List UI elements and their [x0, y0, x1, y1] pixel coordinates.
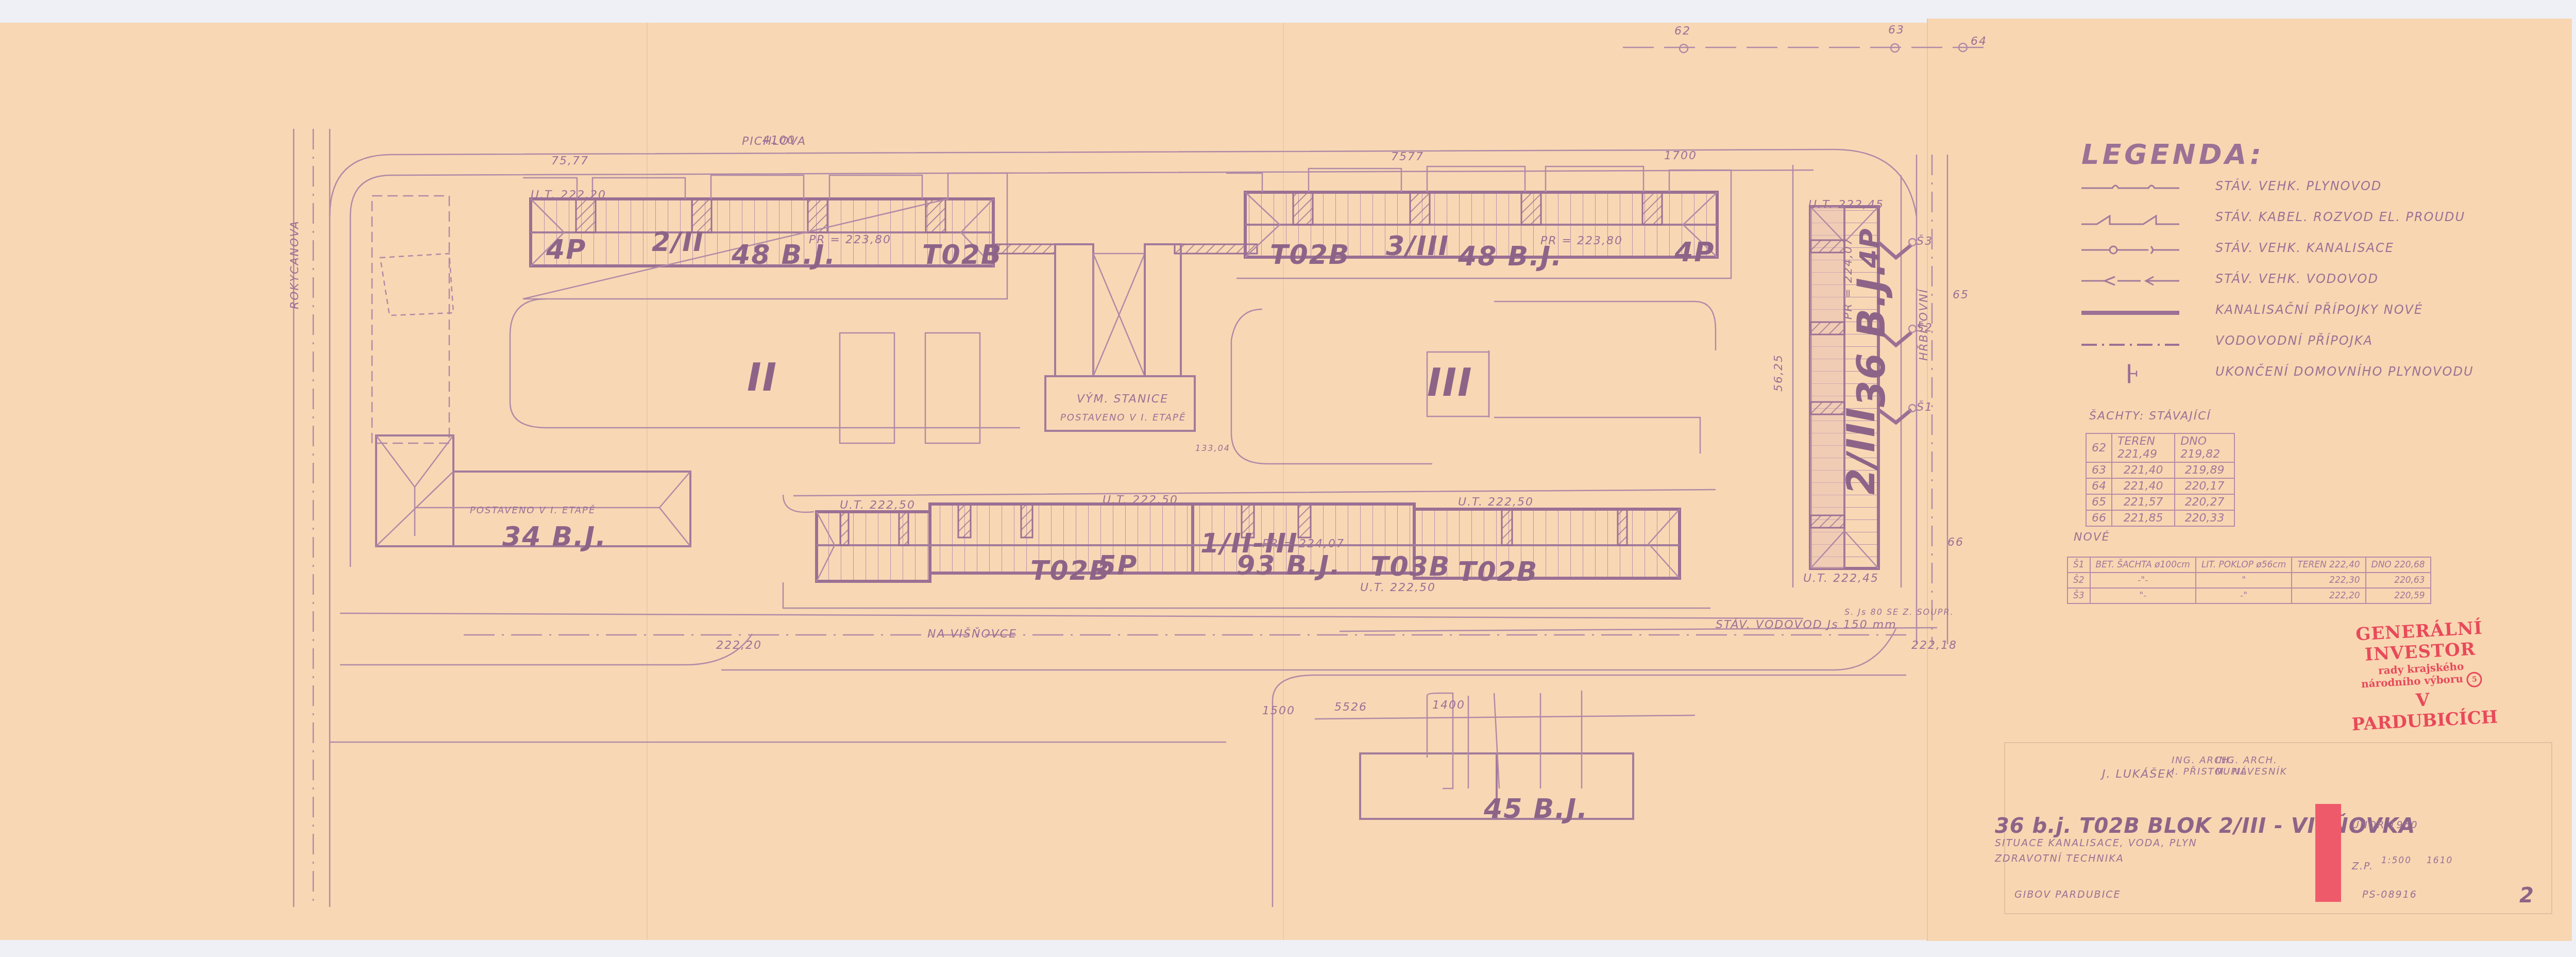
dimension-label: 133,04: [1195, 443, 1230, 453]
legend-item-gas-line: STÁV. VEHK. PLYNOVOD: [2081, 178, 2452, 198]
shafts-new-title: NOVÉ: [2074, 531, 2110, 544]
gas-line-icon: [2081, 178, 2179, 198]
manhole-label-64: 64: [1971, 35, 1987, 48]
floors-label: 4P: [1855, 228, 1886, 268]
zone-label-III: III: [1427, 361, 1473, 405]
block-label: 3/III: [1386, 231, 1449, 262]
units-label: 36 B.J.: [1850, 261, 1894, 407]
investor-stamp: GENERÁLNÍ INVESTOR rady krajského národn…: [2347, 617, 2497, 735]
dimension-label: 56,25: [1772, 354, 1785, 392]
shafts-new-table: Š1BET. ŠACHTA ø100cmLIT. POKLOP ø56cmTER…: [2067, 557, 2431, 604]
exchange-station-label: VÝM. STANICE: [1077, 393, 1168, 406]
legend-item-water-line: STÁV. VEHK. VODOVOD: [2081, 271, 2452, 291]
project-code: PS-08916: [2362, 889, 2417, 900]
elevation-label: PR = 223,80: [809, 233, 891, 246]
water-connection-icon: [2081, 332, 2179, 353]
drawing-subtitle: SITUACE KANALISACE, VODA, PLYN: [1995, 837, 2197, 849]
level-label: U.T. 222,45: [1808, 198, 1884, 211]
legend-item-electric-cable: STÁV. KABEL. ROZVOD EL. PROUDU: [2081, 209, 2452, 229]
drawing-scale: 1:500: [2381, 855, 2412, 866]
dimension-label: 1500: [1262, 704, 1295, 717]
legend-item-new-sewer: KANALISAČNÍ PŘÍPOJKY NOVÉ: [2081, 301, 2452, 322]
table-row: 66221,85220,33: [2086, 510, 2234, 526]
table-row: Š2-"-"222,30220,63: [2067, 573, 2431, 588]
legend-item-gas-end: UKONČENÍ DOMOVNÍHO PLYNOVODU: [2081, 363, 2452, 384]
sewer-shaft-label: Š3: [1917, 235, 1933, 248]
legend-item-sewer-line: STÁV. VEHK. KANALISACE: [2081, 240, 2452, 260]
level-label: U.T. 222,45: [1803, 572, 1879, 585]
table-row: Š1BET. ŠACHTA ø100cmLIT. POKLOP ø56cmTER…: [2067, 557, 2431, 573]
level-label: U.T. 222,20: [531, 189, 606, 202]
sewer-line-icon: [2081, 240, 2179, 260]
stamp-circle-icon: 5: [2466, 671, 2483, 688]
water-fitting-label: S. Js 80 SE Z. SOUPR.: [1844, 607, 1954, 617]
sheet-index: 2: [2519, 884, 2535, 908]
units-label: 45 B.J.: [1484, 794, 1588, 825]
type-label: T02B: [1458, 557, 1538, 587]
table-row: 62TEREN 221,49DNO 219,82: [2086, 433, 2234, 462]
manhole-label-65: 65: [1953, 289, 1969, 301]
shafts-existing-table: 62TEREN 221,49DNO 219,82 63221,40219,89 …: [2086, 433, 2235, 527]
level-label: 222,20: [716, 639, 762, 652]
drawing-discipline: ZDRAVOTNÍ TECHNIKA: [1995, 853, 2124, 864]
dimension-label: 4100: [762, 134, 795, 147]
type-label: T02B: [922, 240, 1002, 271]
floors-label: 4P: [546, 234, 586, 265]
water-main-label: STÁV. VODOVOD Js 150 mm: [1716, 618, 1897, 631]
new-sewer-icon: [2081, 301, 2179, 322]
elevation-label: PR = 223,80: [1540, 234, 1623, 247]
type-label: T03B: [1370, 551, 1450, 582]
person-name: M. NÁVESNÍK: [2215, 766, 2287, 777]
drawing-stage: Z.P.: [2352, 861, 2374, 872]
company-name: GIBOV PARDUBICE: [2014, 889, 2121, 900]
dimension-label: 75,77: [551, 155, 589, 167]
zone-label-II: II: [747, 356, 777, 400]
person-role: ING. ARCH.: [2215, 755, 2278, 766]
floors-label: 5P: [1097, 550, 1138, 581]
level-label: U.T. 222,50: [840, 499, 916, 512]
sheet-number-big: 1: [2315, 804, 2341, 902]
electric-cable-icon: [2081, 209, 2179, 229]
existing-building-note: POSTAVENO V I. ETAPĚ: [470, 505, 596, 516]
existing-sewer-line-top: [1623, 43, 1984, 53]
street-name-bottom: NA VIŠŇOVCE: [927, 628, 1017, 641]
dimension-label: 1700: [1664, 149, 1697, 162]
dimension-label: 5526: [1334, 701, 1367, 714]
legend-item-water-connection: VODOVODNÍ PŘÍPOJKA: [2081, 332, 2452, 353]
units-label: 93 B.J.: [1236, 550, 1341, 581]
gas-end-icon: [2081, 363, 2179, 384]
level-label: U.T. 222,50: [1360, 581, 1436, 594]
shafts-existing-title: ŠACHTY: STÁVAJÍCÍ: [2089, 410, 2211, 423]
level-label: U.T. 222,50: [1103, 494, 1178, 507]
drawing-date: ÚNOR 1960: [2352, 819, 2418, 831]
block-label: 2/II: [652, 227, 704, 258]
sewer-shaft-label: Š1: [1917, 401, 1933, 414]
dimension-label: 7577: [1391, 150, 1424, 163]
units-label: 34 B.J.: [502, 522, 607, 552]
elevation-label: PR = 224,07: [1262, 538, 1345, 550]
table-row: 64221,40220,17: [2086, 478, 2234, 494]
water-line-icon: [2081, 271, 2179, 291]
type-label: T02B: [1270, 240, 1350, 271]
level-label: U.T. 222,50: [1458, 496, 1534, 509]
manhole-label-62: 62: [1674, 25, 1691, 38]
block-label: 2/III: [1839, 407, 1884, 495]
person-name: J. LUKÁŠEK: [2102, 768, 2175, 781]
manhole-label-63: 63: [1888, 24, 1905, 37]
table-row: 65221,57220,27: [2086, 494, 2234, 510]
sewer-shaft-label: Š2: [1917, 322, 1933, 334]
drawing-number: 1610: [2427, 855, 2453, 866]
manhole-label-66: 66: [1947, 536, 1964, 549]
street-name-left: ROKYCANOVA: [289, 220, 301, 309]
dimension-label: 1400: [1432, 699, 1465, 712]
elevation-label: PR = 224,07: [1842, 237, 1855, 320]
table-row: 63221,40219,89: [2086, 462, 2234, 478]
level-label: 222,18: [1911, 639, 1957, 652]
table-row: Š3"--"222,20220,59: [2067, 588, 2431, 603]
floors-label: 4P: [1674, 237, 1715, 268]
exchange-station-note: POSTAVENO V I. ETAPĚ: [1060, 412, 1186, 423]
legend-title: LEGENDA:: [2081, 138, 2264, 171]
